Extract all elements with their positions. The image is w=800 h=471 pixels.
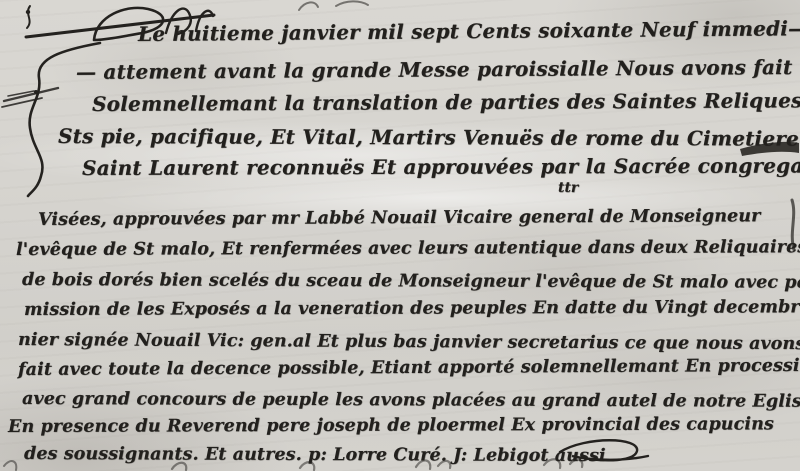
manuscript-line-11: fait avec toute la decence possible, Eti… bbox=[18, 356, 800, 380]
manuscript-line-7: l'evêque de St malo, Et renfermées avec … bbox=[16, 237, 800, 260]
manuscript-line-13: En presence du Reverend pere joseph de p… bbox=[8, 414, 774, 437]
manuscript-line-12: avec grand concours de peuple les avons … bbox=[22, 389, 800, 412]
manuscript-line-3: Solemnellemant la translation de parties… bbox=[92, 88, 800, 116]
manuscript-page: Le huitieme janvier mil sept Cents soixa… bbox=[0, 0, 800, 471]
manuscript-line-10: nier signée Nouail Vic: gen.al Et plus b… bbox=[18, 330, 800, 354]
paragraph-separator-mark: ttr bbox=[558, 180, 578, 196]
manuscript-line-5: Saint Laurent reconnuës Et approuvées pa… bbox=[82, 153, 800, 180]
manuscript-line-2: — attement avant la grande Messe paroiss… bbox=[76, 55, 793, 84]
manuscript-line-8: de bois dorés bien scelés du sceau de Mo… bbox=[22, 270, 800, 293]
manuscript-line-6: Visées, approuvées par mr Labbé Nouail V… bbox=[38, 206, 761, 230]
manuscript-line-9: mission de les Exposés a la veneration d… bbox=[24, 297, 800, 320]
manuscript-line-14: des soussignants. Et autres. p: Lorre Cu… bbox=[24, 444, 606, 466]
manuscript-line-4: Sts pie, pacifique, Et Vital, Martirs Ve… bbox=[58, 124, 800, 151]
